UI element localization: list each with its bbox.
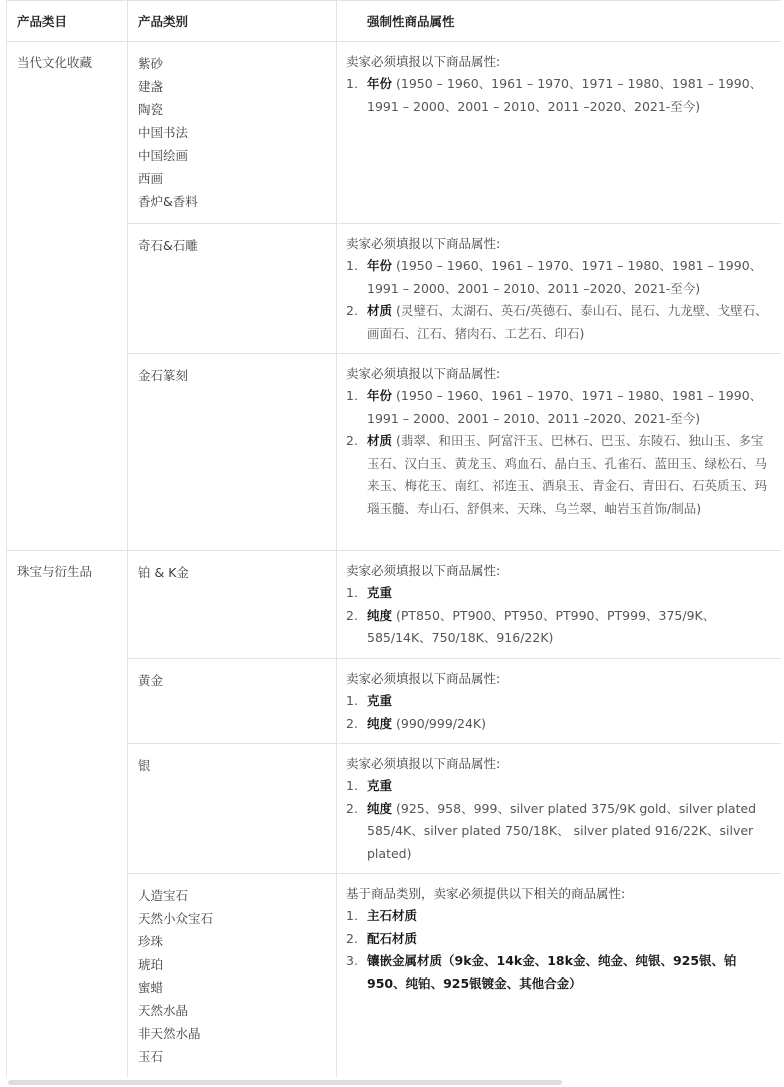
attribute-key: 年份 [367,258,392,273]
subcategory-item: 人造宝石 [138,884,326,907]
subcategory-cell: 人造宝石 天然小众宝石 珍珠 琥珀 蜜蜡 天然水晶 非天然水晶 玉石 [128,874,337,1078]
attributes-intro: 基于商品类别，卖家必须提供以下相关的商品属性: [346,883,773,905]
attribute-item: 1.克重 [346,775,773,798]
subcategory-item: 奇石&石雕 [138,234,326,257]
subcategory-item: 黄金 [138,669,326,692]
horizontal-scrollbar-thumb[interactable] [8,1080,562,1085]
attribute-item: 1.克重 [346,690,773,713]
header-product-category: 产品类目 [7,1,128,42]
subcategory-item: 铂 & K金 [138,561,326,584]
subcategory-item: 西画 [138,167,326,190]
attribute-values: (990/999/24K) [392,716,486,731]
attribute-item: 1.克重 [346,582,773,605]
attribute-item: 1.年份 (1950 – 1960、1961 – 1970、1971 – 198… [346,255,773,300]
table-header-row: 产品类目 产品类别 强制性商品属性 [7,1,782,42]
table-row: 当代文化收藏 紫砂 建盏 陶瓷 中国书法 中国绘画 西画 香炉&香料 [7,42,782,224]
attribute-item: 2.纯度 (990/999/24K) [346,713,773,736]
subcategory-item: 中国书法 [138,121,326,144]
subcategory-item: 蜜蜡 [138,976,326,999]
attribute-values: (925、958、999、silver plated 375/9K gold、s… [367,801,756,861]
attribute-key: 主石材质 [367,908,417,923]
subcategory-item: 玉石 [138,1045,326,1068]
horizontal-scrollbar[interactable] [6,1078,781,1087]
attributes-list: 1.年份 (1950 – 1960、1961 – 1970、1971 – 198… [346,73,773,118]
mandatory-attributes-table: 产品类目 产品类别 强制性商品属性 当代文化收藏 紫砂 建盏 陶瓷 中国书法 中… [6,0,781,1077]
category-cell: 当代文化收藏 [7,42,128,551]
attribute-key: 纯度 [367,801,392,816]
attributes-intro: 卖家必须填报以下商品属性: [346,668,773,690]
header-product-type: 产品类别 [128,1,337,42]
subcategory-item: 银 [138,754,326,777]
attributes-list: 1.克重 2.纯度 (PT850、PT900、PT950、PT990、PT999… [346,582,773,650]
subcategory-cell: 紫砂 建盏 陶瓷 中国书法 中国绘画 西画 香炉&香料 [128,42,337,224]
subcategory-item: 非天然水晶 [138,1022,326,1045]
attribute-key: 纯度 [367,608,392,623]
subcategory-item: 天然小众宝石 [138,907,326,930]
subcategory-item: 建盏 [138,75,326,98]
subcategory-cell: 奇石&石雕 [128,224,337,354]
subcategory-item: 紫砂 [138,52,326,75]
attributes-intro: 卖家必须填报以下商品属性: [346,363,773,385]
attribute-table-container: 产品类目 产品类别 强制性商品属性 当代文化收藏 紫砂 建盏 陶瓷 中国书法 中… [6,0,781,1077]
subcategory-item: 陶瓷 [138,98,326,121]
subcategory-item: 珍珠 [138,930,326,953]
attribute-item: 1.年份 (1950 – 1960、1961 – 1970、1971 – 198… [346,73,773,118]
subcategory-item: 琥珀 [138,953,326,976]
attribute-key: 材质 [367,433,392,448]
attributes-intro: 卖家必须填报以下商品属性: [346,51,773,73]
attributes-intro: 卖家必须填报以下商品属性: [346,753,773,775]
attributes-cell: 卖家必须填报以下商品属性: 1.年份 (1950 – 1960、1961 – 1… [337,42,782,224]
attributes-intro: 卖家必须填报以下商品属性: [346,233,773,255]
attribute-item: 1.年份 (1950 – 1960、1961 – 1970、1971 – 198… [346,385,773,430]
attribute-key: 克重 [367,585,392,600]
attribute-key: 年份 [367,388,392,403]
attribute-key: 配石材质 [367,931,417,946]
attribute-values: (1950 – 1960、1961 – 1970、1971 – 1980、198… [367,258,762,296]
attribute-key: 镶嵌金属材质 [367,953,442,968]
category-label: 当代文化收藏 [7,42,127,82]
attributes-list: 1.年份 (1950 – 1960、1961 – 1970、1971 – 198… [346,385,773,520]
attribute-key: 克重 [367,693,392,708]
subcategory-item: 金石篆刻 [138,364,326,387]
attribute-item: 3.镶嵌金属材质（9k金、14k金、18k金、纯金、纯银、925银、铂950、纯… [346,950,773,995]
attributes-list: 1.克重 2.纯度 (925、958、999、silver plated 375… [346,775,773,865]
attributes-cell: 卖家必须填报以下商品属性: 1.克重 2.纯度 (925、958、999、sil… [337,744,782,874]
attributes-intro: 卖家必须填报以下商品属性: [346,560,773,582]
attribute-item: 2.材质 (翡翠、和田玉、阿富汗玉、巴林石、巴玉、东陵石、独山玉、多宝玉石、汉白… [346,430,773,520]
attributes-cell: 卖家必须填报以下商品属性: 1.年份 (1950 – 1960、1961 – 1… [337,354,782,551]
subcategory-item: 香炉&香料 [138,190,326,213]
subcategory-item: 中国绘画 [138,144,326,167]
attribute-item: 2.纯度 (PT850、PT900、PT950、PT990、PT999、375/… [346,605,773,650]
category-cell: 珠宝与衍生品 [7,551,128,1078]
subcategory-cell: 银 [128,744,337,874]
attribute-key: 材质 [367,303,392,318]
attribute-values: (1950 – 1960、1961 – 1970、1971 – 1980、198… [367,76,762,114]
attributes-list: 1.克重 2.纯度 (990/999/24K) [346,690,773,735]
attribute-values: (PT850、PT900、PT950、PT990、PT999、375/9K、58… [367,608,715,646]
subcategory-cell: 黄金 [128,659,337,744]
attributes-cell: 卖家必须填报以下商品属性: 1.克重 2.纯度 (PT850、PT900、PT9… [337,551,782,659]
subcategory-cell: 金石篆刻 [128,354,337,551]
attribute-key: 克重 [367,778,392,793]
attributes-cell: 卖家必须填报以下商品属性: 1.年份 (1950 – 1960、1961 – 1… [337,224,782,354]
attribute-item: 1.主石材质 [346,905,773,928]
attributes-cell: 基于商品类别，卖家必须提供以下相关的商品属性: 1.主石材质 2.配石材质 3.… [337,874,782,1078]
attribute-values: (灵璧石、太湖石、英石/英德石、泰山石、昆石、九龙壁、戈壁石、画面石、江石、猪肉… [367,303,768,341]
category-label: 珠宝与衍生品 [7,551,127,591]
attributes-list: 1.年份 (1950 – 1960、1961 – 1970、1971 – 198… [346,255,773,345]
attribute-item: 2.配石材质 [346,928,773,951]
table-row: 珠宝与衍生品 铂 & K金 卖家必须填报以下商品属性: 1.克重 2.纯度 (P… [7,551,782,659]
attribute-item: 2.纯度 (925、958、999、silver plated 375/9K g… [346,798,773,866]
subcategory-cell: 铂 & K金 [128,551,337,659]
attribute-key: 纯度 [367,716,392,731]
attribute-item: 2.材质 (灵璧石、太湖石、英石/英德石、泰山石、昆石、九龙壁、戈壁石、画面石、… [346,300,773,345]
attributes-list: 1.主石材质 2.配石材质 3.镶嵌金属材质（9k金、14k金、18k金、纯金、… [346,905,773,995]
header-mandatory-attributes: 强制性商品属性 [337,1,782,42]
attribute-values: (翡翠、和田玉、阿富汗玉、巴林石、巴玉、东陵石、独山玉、多宝玉石、汉白玉、黄龙玉… [367,433,767,516]
attributes-cell: 卖家必须填报以下商品属性: 1.克重 2.纯度 (990/999/24K) [337,659,782,744]
subcategory-item: 天然水晶 [138,999,326,1022]
attribute-key: 年份 [367,76,392,91]
attribute-values: (1950 – 1960、1961 – 1970、1971 – 1980、198… [367,388,762,426]
